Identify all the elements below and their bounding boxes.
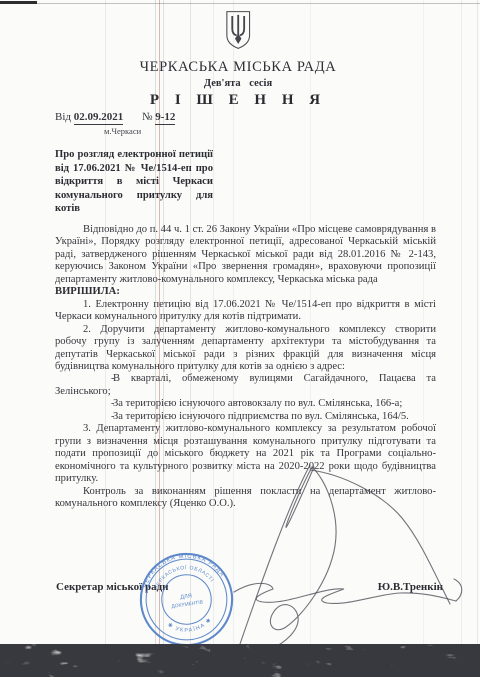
bullet-dash: - xyxy=(83,411,113,423)
subject-block: Про розгляд електронної петиції від 17.0… xyxy=(55,148,213,216)
address-item: -В кварталі, обмеженому вулицями Сагайда… xyxy=(55,373,436,398)
bullet-dash: - xyxy=(83,398,113,410)
date-number-line: Від 02.09.2021 № 9-12 xyxy=(55,111,175,123)
handwritten-signature xyxy=(226,446,472,656)
decision-date: 02.09.2021 xyxy=(74,111,124,125)
address-item: -За територією існуючого автовокзалу по … xyxy=(55,398,436,410)
number-label: № xyxy=(142,111,153,123)
preamble-paragraph: Відповідно до п. 44 ч. 1 ст. 26 Закону У… xyxy=(55,224,436,286)
ukraine-trident-emblem xyxy=(222,10,254,50)
scanned-document-page: ЧЕРКАСЬКА МІСЬКА РАДА Дев'ята сесія Р І … xyxy=(0,0,480,677)
point-1: 1. Електронну петицію від 17.06.2021 № Ч… xyxy=(55,299,436,324)
resolved-label: ВИРІШИЛА: xyxy=(55,286,436,298)
scan-top-line xyxy=(0,3,480,4)
address-item: -За територією існуючого підприємства по… xyxy=(55,411,436,423)
point-2: 2. Доручити департаменту житлово-комунал… xyxy=(55,324,436,374)
document-type-title: Р І Ш Е Н Н Я xyxy=(0,92,476,109)
scan-streak-line xyxy=(477,0,478,677)
stamp-center-line1: ДЛЯ xyxy=(180,593,192,601)
address-text: За територією існуючого підприємства по … xyxy=(113,411,409,422)
council-name: ЧЕРКАСЬКА МІСЬКА РАДА xyxy=(0,59,476,76)
address-text: За територією існуючого автовокзалу по в… xyxy=(113,398,402,409)
date-label: Від xyxy=(55,111,71,123)
stamp-center-line2: ДОКУМЕНТІВ xyxy=(171,599,204,609)
document-header: ЧЕРКАСЬКА МІСЬКА РАДА Дев'ята сесія Р І … xyxy=(0,10,476,109)
official-round-stamp: ЧЕРКАСЬКА МІСЬКА РАДА ЧЕРКАСЬКОЇ ОБЛАСТІ… xyxy=(133,546,240,653)
session-name: Дев'ята сесія xyxy=(0,78,476,89)
decision-number: 9-12 xyxy=(155,111,175,125)
bullet-dash: - xyxy=(83,373,113,385)
city-name: м.Черкаси xyxy=(104,126,141,136)
